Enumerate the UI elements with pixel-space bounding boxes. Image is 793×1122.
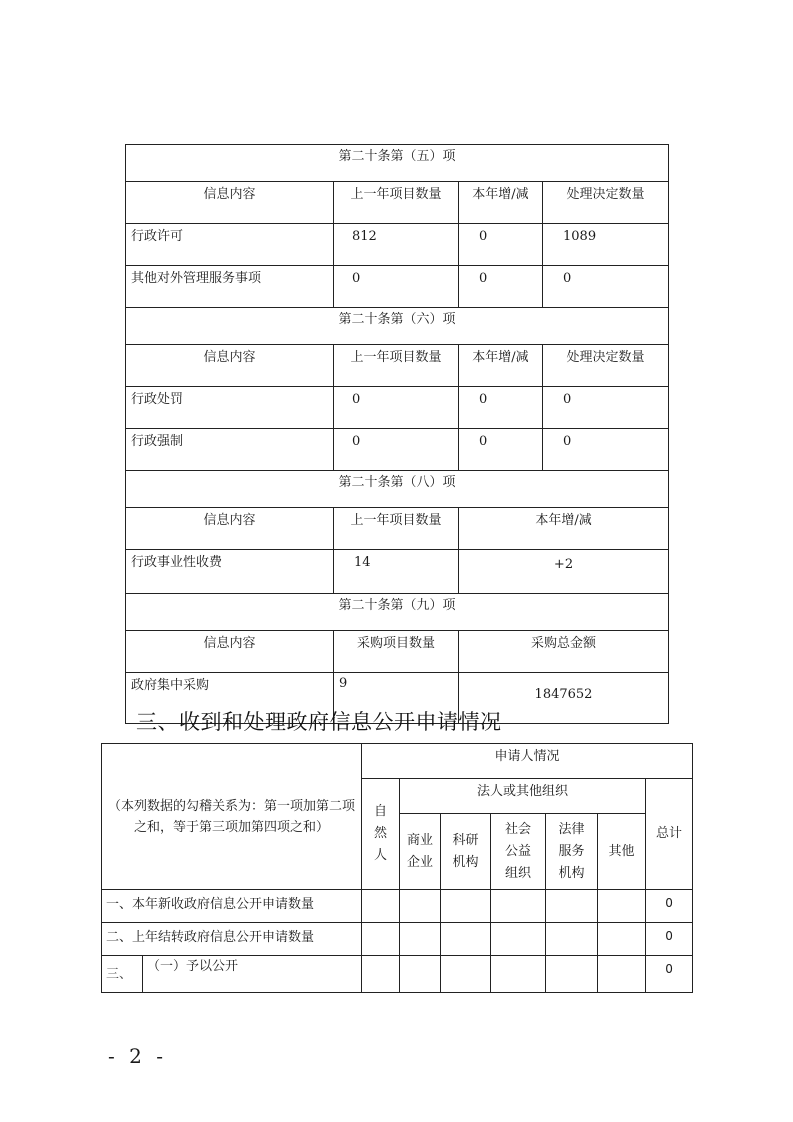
cell-value bbox=[598, 890, 646, 923]
row-label: 行政事业性收费 bbox=[126, 550, 334, 594]
cell-value: 0 bbox=[543, 429, 669, 471]
col-header: 处理决定数量 bbox=[543, 182, 669, 224]
cell-value bbox=[546, 956, 598, 993]
applicant-header: 申请人情况 bbox=[362, 744, 693, 779]
section-title: 第二十条第（九）项 bbox=[126, 594, 669, 631]
cell-value bbox=[400, 956, 441, 993]
cell-value bbox=[400, 923, 441, 956]
total-value: 0 bbox=[646, 923, 693, 956]
col-header: 信息内容 bbox=[126, 508, 334, 550]
cell-value bbox=[362, 956, 400, 993]
table-row: 其他对外管理服务事项 0 0 0 bbox=[126, 266, 669, 308]
col-header-research: 科研机构 bbox=[441, 814, 491, 890]
total-header: 总计 bbox=[646, 779, 693, 890]
col-header: 上一年项目数量 bbox=[334, 508, 459, 550]
section-title: 第二十条第（八）项 bbox=[126, 471, 669, 508]
cell-value bbox=[546, 890, 598, 923]
cell-value bbox=[598, 956, 646, 993]
cell-value: 0 bbox=[459, 387, 543, 429]
cell-value: 812 bbox=[334, 224, 459, 266]
row-label: 一、本年新收政府信息公开申请数量 bbox=[102, 890, 362, 923]
col-header: 采购总金额 bbox=[459, 631, 669, 673]
header-row: 信息内容 采购项目数量 采购总金额 bbox=[126, 631, 669, 673]
table-row: 行政许可 812 0 1089 bbox=[126, 224, 669, 266]
header-row: 信息内容 上一年项目数量 本年增/减 处理决定数量 bbox=[126, 345, 669, 387]
col-header: 处理决定数量 bbox=[543, 345, 669, 387]
cell-value bbox=[362, 890, 400, 923]
col-header: 本年增/减 bbox=[459, 182, 543, 224]
total-value: 0 bbox=[646, 890, 693, 923]
cell-value: +2 bbox=[459, 550, 669, 594]
cell-value: 0 bbox=[334, 266, 459, 308]
header-row: （本列数据的勾稽关系为：第一项加第二项之和，等于第三项加第四项之和） 申请人情况 bbox=[102, 744, 693, 779]
row-label: 行政处罚 bbox=[126, 387, 334, 429]
application-table: （本列数据的勾稽关系为：第一项加第二项之和，等于第三项加第四项之和） 申请人情况… bbox=[101, 743, 693, 993]
cell-value bbox=[491, 956, 546, 993]
cell-value bbox=[441, 956, 491, 993]
col-header: 上一年项目数量 bbox=[334, 182, 459, 224]
total-value: 0 bbox=[646, 956, 693, 993]
col-header-business: 商业企业 bbox=[400, 814, 441, 890]
header-row: 信息内容 上一年项目数量 本年增/减 处理决定数量 bbox=[126, 182, 669, 224]
col-header: 信息内容 bbox=[126, 345, 334, 387]
cell-value: 14 bbox=[334, 550, 459, 594]
cell-value bbox=[491, 890, 546, 923]
col-header: 本年增/减 bbox=[459, 345, 543, 387]
legal-entity-header: 法人或其他组织 bbox=[400, 779, 646, 814]
col-header: 采购项目数量 bbox=[334, 631, 459, 673]
relation-note: （本列数据的勾稽关系为：第一项加第二项之和，等于第三项加第四项之和） bbox=[108, 796, 355, 838]
note-cell: （本列数据的勾稽关系为：第一项加第二项之和，等于第三项加第四项之和） bbox=[102, 744, 362, 890]
section-title-row: 第二十条第（六）项 bbox=[126, 308, 669, 345]
cell-value: 1089 bbox=[543, 224, 669, 266]
cell-value bbox=[441, 923, 491, 956]
page-number: - 2 - bbox=[108, 1044, 167, 1068]
table-row: 一、本年新收政府信息公开申请数量 0 bbox=[102, 890, 693, 923]
cell-value bbox=[441, 890, 491, 923]
cell-value bbox=[546, 923, 598, 956]
cell-value bbox=[491, 923, 546, 956]
row-label: （一）予以公开 bbox=[143, 956, 362, 993]
col-header: 本年增/减 bbox=[459, 508, 669, 550]
cell-value: 0 bbox=[459, 224, 543, 266]
row-label: 其他对外管理服务事项 bbox=[126, 266, 334, 308]
table-row: 行政处罚 0 0 0 bbox=[126, 387, 669, 429]
cell-value: 0 bbox=[334, 429, 459, 471]
natural-person-header: 自然人 bbox=[362, 779, 400, 890]
cell-value bbox=[400, 890, 441, 923]
col-header: 上一年项目数量 bbox=[334, 345, 459, 387]
table-row: 行政事业性收费 14 +2 bbox=[126, 550, 669, 594]
row-label: 行政强制 bbox=[126, 429, 334, 471]
cell-value: 0 bbox=[459, 429, 543, 471]
cell-value: 0 bbox=[334, 387, 459, 429]
cell-value bbox=[362, 923, 400, 956]
row-label: 二、上年结转政府信息公开申请数量 bbox=[102, 923, 362, 956]
section-title: 第二十条第（六）项 bbox=[126, 308, 669, 345]
public-info-table: 第二十条第（五）项 信息内容 上一年项目数量 本年增/减 处理决定数量 行政许可… bbox=[125, 144, 669, 724]
table-row: 三、 （一）予以公开 0 bbox=[102, 956, 693, 993]
table-row: 二、上年结转政府信息公开申请数量 0 bbox=[102, 923, 693, 956]
col-header: 信息内容 bbox=[126, 182, 334, 224]
col-header-legal-service: 法律服务机构 bbox=[546, 814, 598, 890]
section-heading: 三、收到和处理政府信息公开申请情况 bbox=[136, 706, 502, 736]
row-label: 行政许可 bbox=[126, 224, 334, 266]
cell-value: 0 bbox=[543, 266, 669, 308]
section-title-row: 第二十条第（八）项 bbox=[126, 471, 669, 508]
section-title-row: 第二十条第（五）项 bbox=[126, 145, 669, 182]
row-prefix: 三、 bbox=[102, 956, 143, 993]
section-title: 第二十条第（五）项 bbox=[126, 145, 669, 182]
section-title-row: 第二十条第（九）项 bbox=[126, 594, 669, 631]
col-header-public-welfare: 社会公益组织 bbox=[491, 814, 546, 890]
cell-value: 0 bbox=[459, 266, 543, 308]
table-row: 行政强制 0 0 0 bbox=[126, 429, 669, 471]
cell-value: 0 bbox=[543, 387, 669, 429]
col-header-other: 其他 bbox=[598, 814, 646, 890]
col-header: 信息内容 bbox=[126, 631, 334, 673]
header-row: 信息内容 上一年项目数量 本年增/减 bbox=[126, 508, 669, 550]
cell-value bbox=[598, 923, 646, 956]
